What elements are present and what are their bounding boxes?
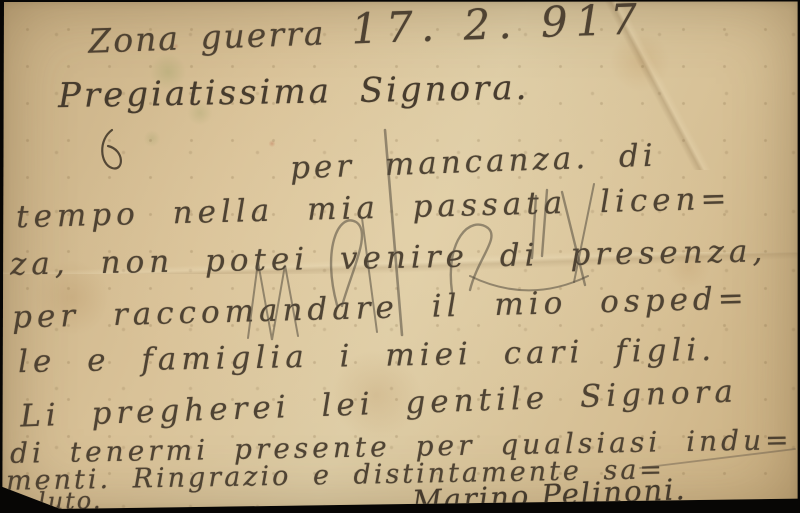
handwriting-line: le e famiglia i miei cari figli. [18,332,717,380]
ink-flourish [102,130,121,168]
handwriting-line: luto. [38,486,103,513]
handwriting-line: tempo nella mia passata licen= [16,181,732,236]
dateline-date: 17. 2. 917 [325,0,646,54]
handwriting-line: per mancanza. di [289,138,657,187]
handwriting-line: za, non potei venire di presenza, [10,233,768,282]
dateline: Zona guerra17. 2. 917 [87,0,645,63]
postcard-paper: Zona guerra17. 2. 917 Pregiatissima Sign… [0,0,800,513]
salutation-line: Pregiatissima Signora. [58,68,530,116]
dateline-place: Zona guerra [88,13,327,60]
scanned-postcard: Zona guerra17. 2. 917 Pregiatissima Sign… [0,0,800,513]
handwriting-line: per raccomandare il mio osped= [12,280,750,335]
